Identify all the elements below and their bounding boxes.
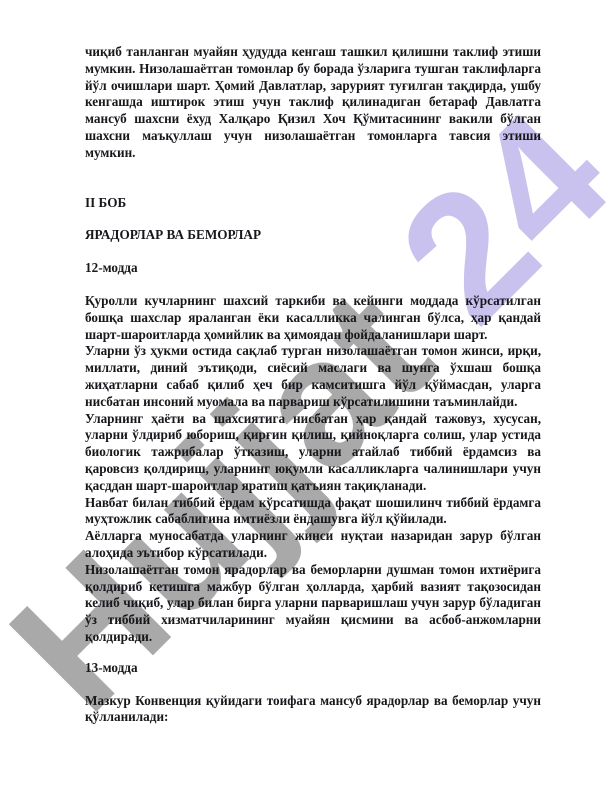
article-13-heading: 13-модда <box>85 660 541 677</box>
article-12-paragraph: Уларнинг ҳаёти ва шахсиятига нисбатан ҳа… <box>85 411 541 495</box>
chapter-heading: II БОБ <box>85 195 541 212</box>
article-12-paragraph: Қуролли кучларнинг шахсий таркиби ва кей… <box>85 293 541 343</box>
article-13-intro: Мазкур Конвенция қуйидаги тоифага мансуб… <box>85 693 541 727</box>
page-text-block: чиқиб танланган муайян ҳудудда кенгаш та… <box>85 44 541 726</box>
article-12-paragraph: Навбат билан тиббий ёрдам кўрсатишда фақ… <box>85 495 541 529</box>
spacer <box>85 162 541 195</box>
intro-paragraph: чиқиб танланган муайян ҳудудда кенгаш та… <box>85 44 541 162</box>
article-12-heading: 12-модда <box>85 260 541 277</box>
spacer <box>85 277 541 293</box>
chapter-title: ЯРАДОРЛАР ВА БЕМОРЛАР <box>85 227 541 244</box>
article-12-paragraph: Уларни ўз ҳукми остида сақлаб турган низ… <box>85 343 541 410</box>
spacer <box>85 677 541 693</box>
article-12-paragraph: Аёлларга муносабатда уларнинг жинси нуқт… <box>85 528 541 562</box>
document-page: Hujjat 24 чиқиб танланган муайян ҳудудда… <box>0 0 612 792</box>
spacer <box>85 646 541 660</box>
spacer <box>85 244 541 260</box>
spacer <box>85 211 541 227</box>
article-12-paragraph: Низолашаётган томон ярадорлар ва беморла… <box>85 562 541 646</box>
